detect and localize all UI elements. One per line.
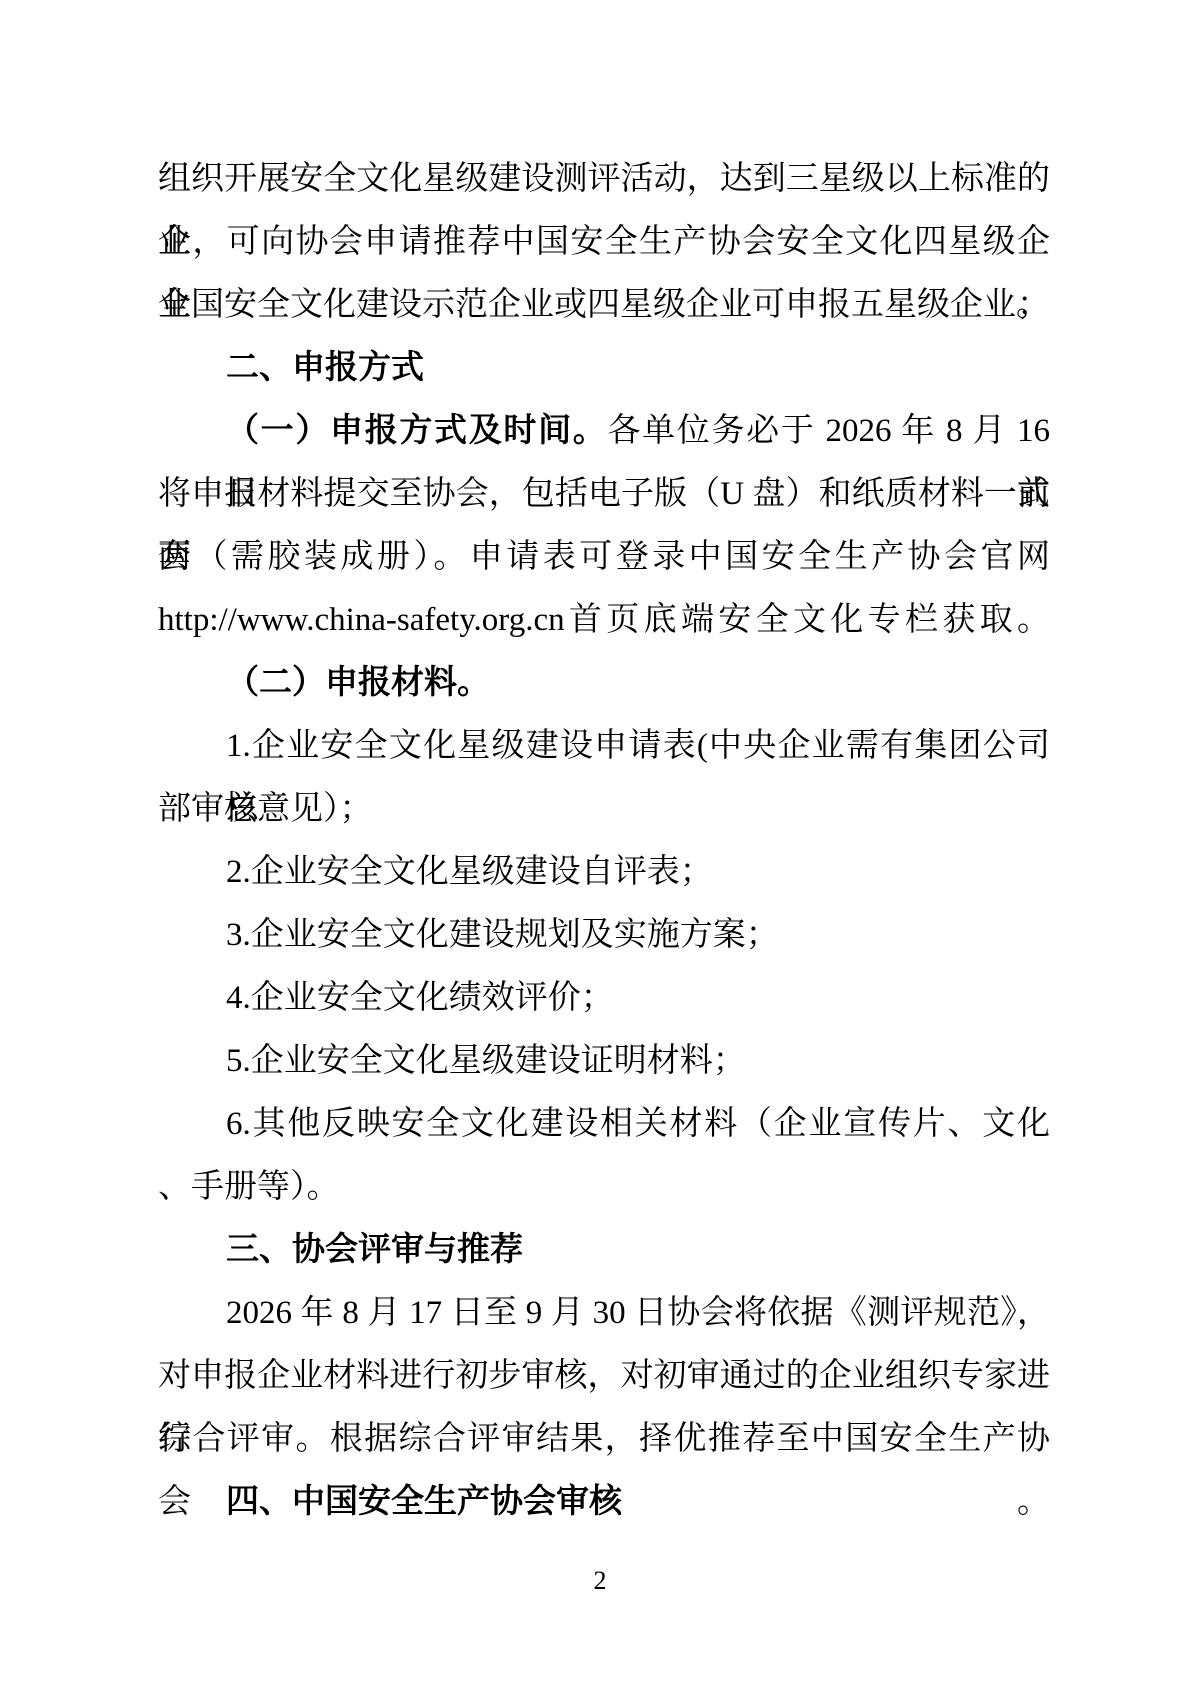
- section-3-line-3: 综合评审。根据综合评审结果，择优推荐至中国安全生产协会。: [158, 1408, 1050, 1471]
- intro-paragraph-line-2: 业，可向协会申请推荐中国安全生产协会安全文化四星级企业；: [158, 211, 1050, 274]
- document-body: 组织开展安全文化星级建设测评活动，达到三星级以上标准的企 业，可向协会申请推荐中…: [158, 148, 1050, 1534]
- page-footer: 2: [0, 1566, 1200, 1596]
- list-item-1-line-1: 1.企业安全文化星级建设申请表(中央企业需有集团公司总: [158, 715, 1050, 778]
- list-item-2: 2.企业安全文化星级建设自评表；: [158, 841, 1050, 904]
- intro-paragraph-line-1: 组织开展安全文化星级建设测评活动，达到三星级以上标准的企: [158, 148, 1050, 211]
- list-item-4: 4.企业安全文化绩效评价；: [158, 967, 1050, 1030]
- section-2-sub-1-line-4-rest: 首页底端安全文化专栏获取。: [565, 602, 1050, 638]
- section-2-sub-1-line-3: 套（需胶装成册）。申请表可登录中国安全生产协会官网: [158, 526, 1050, 589]
- section-2-sub-2-heading: （二）申报材料。: [158, 652, 1050, 715]
- section-2-heading: 二、申报方式: [158, 337, 1050, 400]
- section-3-heading: 三、协会评审与推荐: [158, 1219, 1050, 1282]
- page-number: 2: [594, 1566, 607, 1595]
- section-2-sub-1-lead: （一）申报方式及时间。: [226, 413, 607, 449]
- website-url: http://www.china-safety.org.cn: [158, 602, 565, 638]
- list-item-3: 3.企业安全文化建设规划及实施方案；: [158, 904, 1050, 967]
- list-item-6-line-1: 6.其他反映安全文化建设相关材料（企业宣传片、文化: [158, 1093, 1050, 1156]
- document-page: 组织开展安全文化星级建设测评活动，达到三星级以上标准的企 业，可向协会申请推荐中…: [0, 0, 1200, 1697]
- section-2-sub-1-line-1: （一）申报方式及时间。各单位务必于 2026 年 8 月 16 日前: [158, 400, 1050, 463]
- section-2-sub-1-line-4: http://www.china-safety.org.cn首页底端安全文化专栏…: [158, 589, 1050, 652]
- section-3-line-2: 对申报企业材料进行初步审核，对初审通过的企业组织专家进行: [158, 1345, 1050, 1408]
- section-2-sub-1-line-2: 将申报材料提交至协会，包括电子版（U 盘）和纸质材料一式两: [158, 463, 1050, 526]
- intro-paragraph-line-3: 全国安全文化建设示范企业或四星级企业可申报五星级企业。: [158, 274, 1050, 337]
- list-item-5: 5.企业安全文化星级建设证明材料；: [158, 1030, 1050, 1093]
- list-item-1-line-2: 部审核意见）；: [158, 778, 1050, 841]
- section-3-line-1: 2026 年 8 月 17 日至 9 月 30 日协会将依据《测评规范》，: [158, 1282, 1050, 1345]
- list-item-6-line-2: 、手册等）。: [158, 1156, 1050, 1219]
